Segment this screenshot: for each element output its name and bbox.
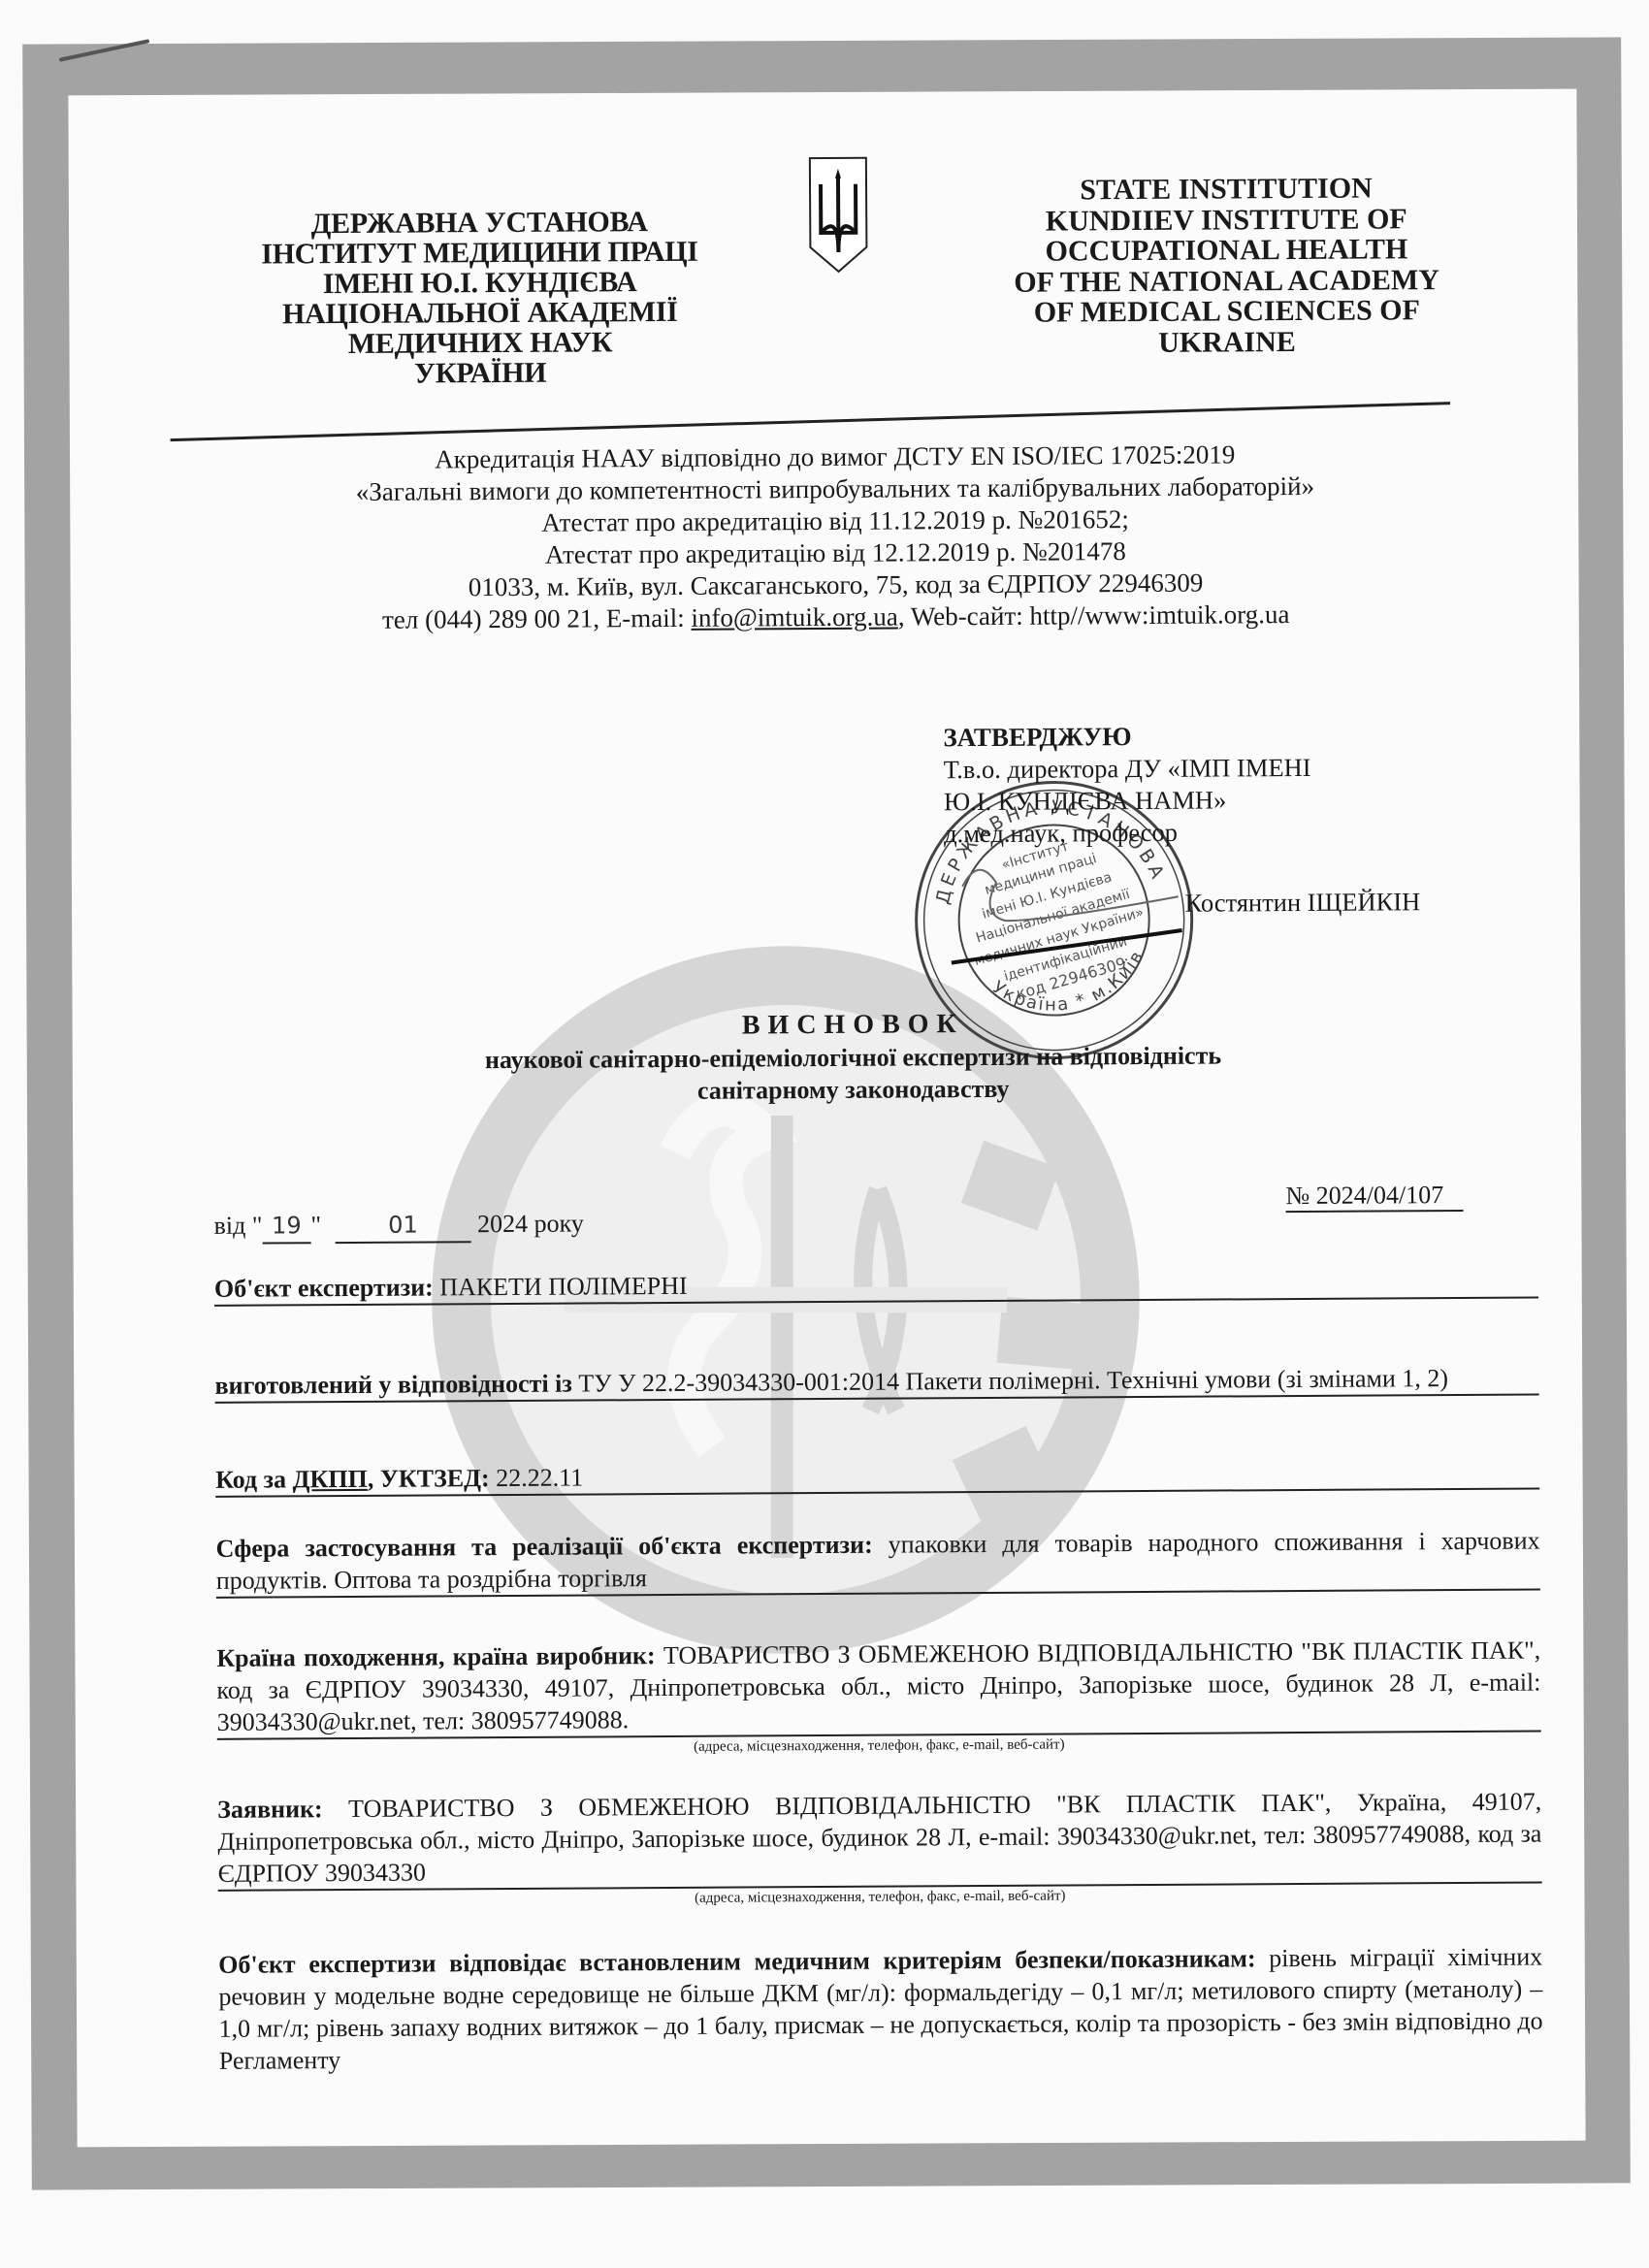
document-date: від "19" 01 2024 року xyxy=(213,1208,583,1245)
header-divider xyxy=(171,402,1451,441)
date-month: 01 xyxy=(335,1209,470,1244)
trident-coat-of-arms-icon xyxy=(807,155,870,276)
field-manufactured: виготовлений у відповідності із ТУ У 22.… xyxy=(214,1362,1538,1404)
signer-name: Костянтин ІЩЕЙКІН xyxy=(944,886,1526,922)
accreditation-block: Акредитація НААУ відповідно до вимог ДСТ… xyxy=(200,437,1471,637)
field-code: Код за ДКПП, УКТЗЕД: 22.22.11 xyxy=(215,1456,1539,1498)
field-object: Об'єкт експертизи: ПАКЕТИ ПОЛІМЕРНІ xyxy=(214,1265,1538,1307)
field-applicant: Заявник: ТОВАРИСТВО З ОБМЕЖЕНОЮ ВІДПОВІД… xyxy=(217,1785,1542,1909)
date-day: 19 xyxy=(262,1210,310,1244)
approval-block: ЗАТВЕРДЖУЮ Т.в.о. директора ДУ «ІМП ІМЕН… xyxy=(943,719,1526,922)
field-compliance: Об'єкт експертизи відповідає встановлени… xyxy=(218,1940,1543,2076)
field-scope: Сфера застосування та реалізації об'єкта… xyxy=(215,1525,1539,1599)
institution-name-english: STATE INSTITUTION KUNDIIEV INSTITUTE OF … xyxy=(974,173,1479,359)
document-title: ВИСНОВОК наукової санітарно-епідеміологі… xyxy=(387,1006,1319,1109)
institution-name-ukrainian: ДЕРЖАВНА УСТАНОВА ІНСТИТУТ МЕДИЦИНИ ПРАЦ… xyxy=(227,207,732,390)
email-link[interactable]: info@imtuik.org.ua xyxy=(691,602,898,632)
contact-line: тел (044) 289 00 21, E-mail: info@imtuik… xyxy=(201,598,1471,637)
field-origin: Країна походження, країна виробник: ТОВА… xyxy=(216,1635,1541,1759)
document-number: № 2024/04/107 xyxy=(1285,1181,1463,1213)
